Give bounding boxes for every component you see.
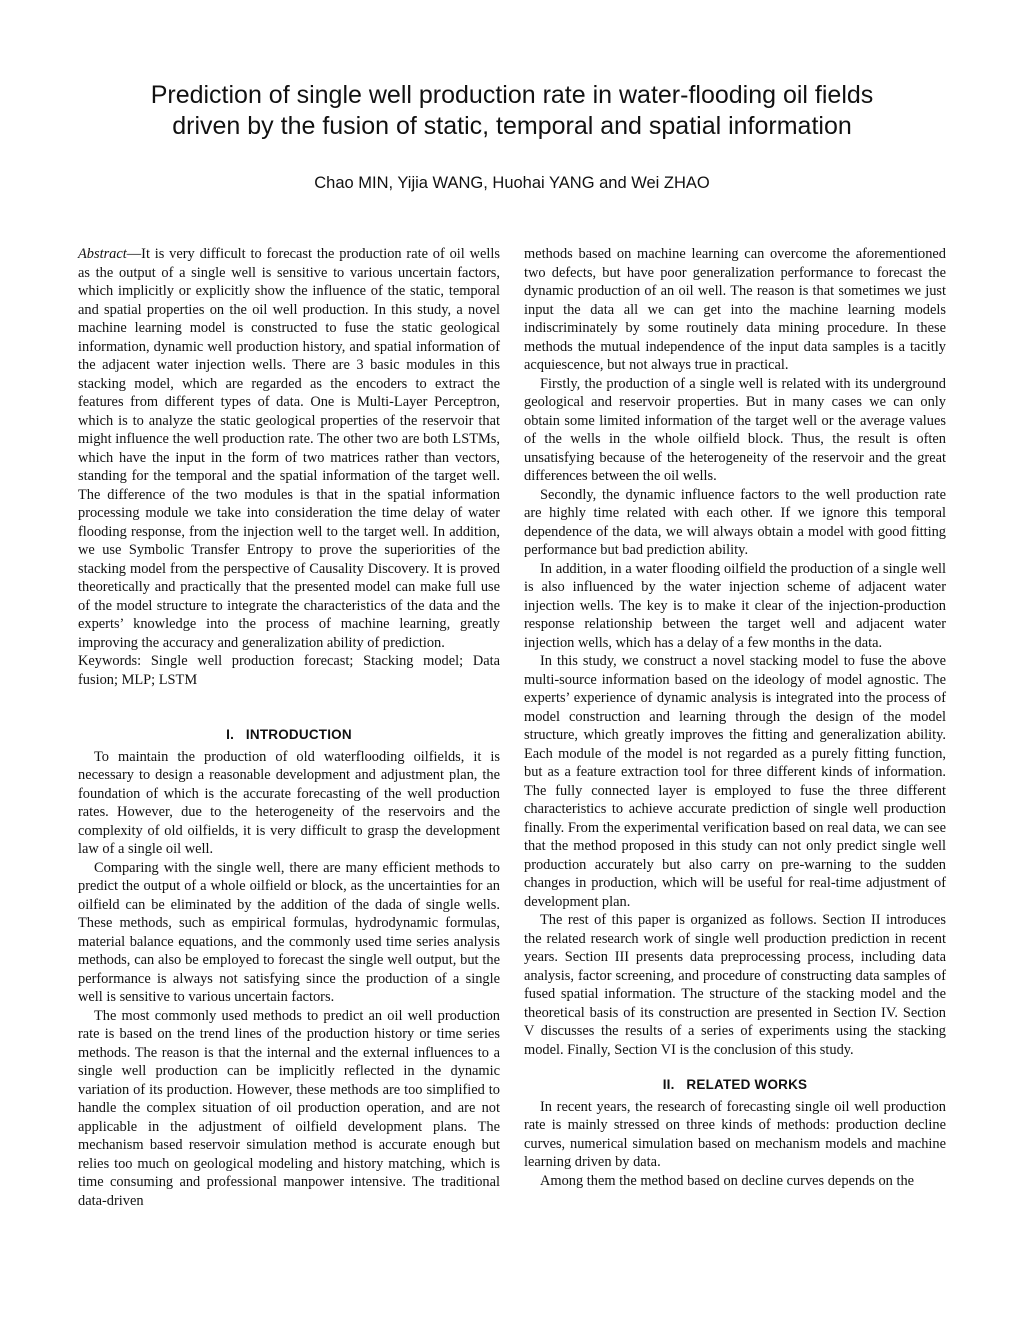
intro-paragraph-6: In addition, in a water flooding oilfiel…	[524, 560, 946, 653]
keywords: Keywords: Single well production forecas…	[78, 652, 500, 689]
paper-title: Prediction of single well production rat…	[60, 80, 964, 142]
right-column: methods based on machine learning can ov…	[524, 245, 946, 1190]
intro-paragraph-3-continued: methods based on machine learning can ov…	[524, 245, 946, 375]
section-heading-related-works: II. RELATED WORKS	[524, 1076, 946, 1095]
related-paragraph-1: In recent years, the research of forecas…	[524, 1098, 946, 1172]
related-paragraph-2: Among them the method based on decline c…	[524, 1172, 946, 1191]
abstract-paragraph: Abstract—It is very difficult to forecas…	[78, 245, 500, 652]
title-line-1: Prediction of single well production rat…	[60, 80, 964, 111]
intro-paragraph-7: In this study, we construct a novel stac…	[524, 652, 946, 911]
intro-paragraph-8: The rest of this paper is organized as f…	[524, 911, 946, 1059]
intro-paragraph-1: To maintain the production of old waterf…	[78, 748, 500, 859]
intro-paragraph-4: Firstly, the production of a single well…	[524, 375, 946, 486]
intro-paragraph-2: Comparing with the single well, there ar…	[78, 859, 500, 1007]
abstract-text: —It is very difficult to forecast the pr…	[78, 246, 500, 651]
author-list: Chao MIN, Yijia WANG, Huohai YANG and We…	[60, 172, 964, 194]
section-heading-introduction: I. INTRODUCTION	[78, 726, 500, 745]
intro-paragraph-5: Secondly, the dynamic influence factors …	[524, 486, 946, 560]
abstract-label: Abstract	[78, 246, 127, 262]
intro-paragraph-3: The most commonly used methods to predic…	[78, 1007, 500, 1211]
title-line-2: driven by the fusion of static, temporal…	[60, 111, 964, 142]
paper-page: Prediction of single well production rat…	[0, 0, 1024, 1325]
left-column: Abstract—It is very difficult to forecas…	[78, 245, 500, 1210]
